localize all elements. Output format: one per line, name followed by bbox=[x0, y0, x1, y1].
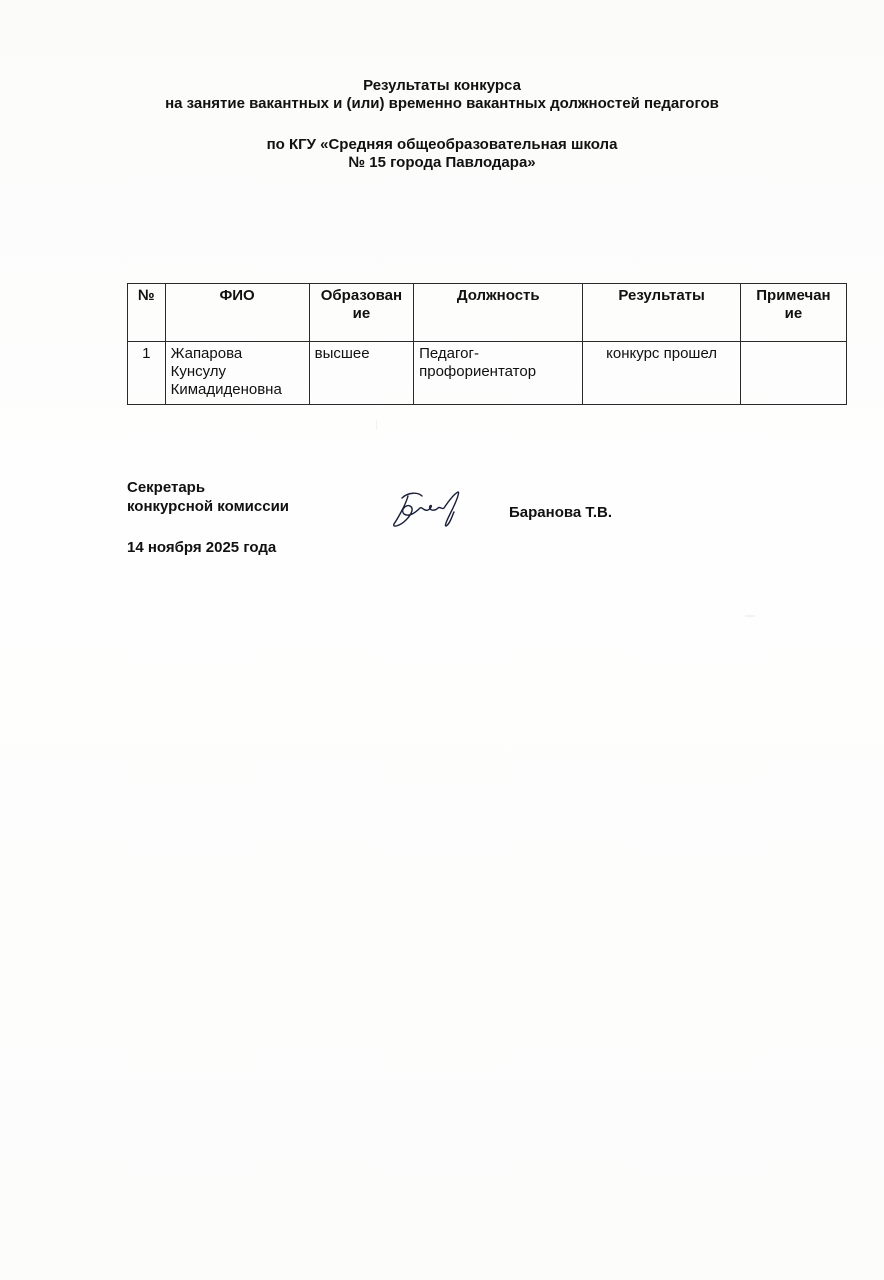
scan-artifact bbox=[376, 420, 377, 430]
table-header-row: № ФИО Образован ие Должность Результаты … bbox=[128, 284, 847, 342]
cell-fio: Жапарова Кунсулу Кимадиденовна bbox=[165, 342, 309, 405]
results-table: № ФИО Образован ие Должность Результаты … bbox=[127, 283, 847, 405]
header-note: Примечан ие bbox=[740, 284, 846, 342]
cell-result: конкурс прошел bbox=[583, 342, 740, 405]
scan-artifact bbox=[745, 615, 755, 617]
organization-line-1: по КГУ «Средняя общеобразовательная школ… bbox=[0, 136, 884, 154]
title-line-2: на занятие вакантных и (или) временно ва… bbox=[0, 95, 884, 113]
organization-line-2: № 15 города Павлодара» bbox=[0, 154, 884, 172]
header-number: № bbox=[128, 284, 166, 342]
header-results: Результаты bbox=[583, 284, 740, 342]
document-page: Результаты конкурса на занятие вакантных… bbox=[0, 0, 884, 1280]
header-fio: ФИО bbox=[165, 284, 309, 342]
title-line-1: Результаты конкурса bbox=[0, 77, 884, 95]
secretary-label: Секретарь конкурсной комиссии bbox=[127, 478, 289, 516]
table-row: 1 Жапарова Кунсулу Кимадиденовна высшее … bbox=[128, 342, 847, 405]
cell-note bbox=[740, 342, 846, 405]
document-title: Результаты конкурса на занятие вакантных… bbox=[0, 77, 884, 113]
cell-education: высшее bbox=[309, 342, 413, 405]
organization-title: по КГУ «Средняя общеобразовательная школ… bbox=[0, 136, 884, 172]
header-position: Должность bbox=[414, 284, 583, 342]
cell-number: 1 bbox=[128, 342, 166, 405]
header-education: Образован ие bbox=[309, 284, 413, 342]
signature-icon bbox=[388, 488, 468, 530]
secretary-name: Баранова Т.В. bbox=[509, 503, 612, 522]
document-date: 14 ноября 2025 года bbox=[127, 538, 276, 557]
cell-position: Педагог- профориентатор bbox=[414, 342, 583, 405]
